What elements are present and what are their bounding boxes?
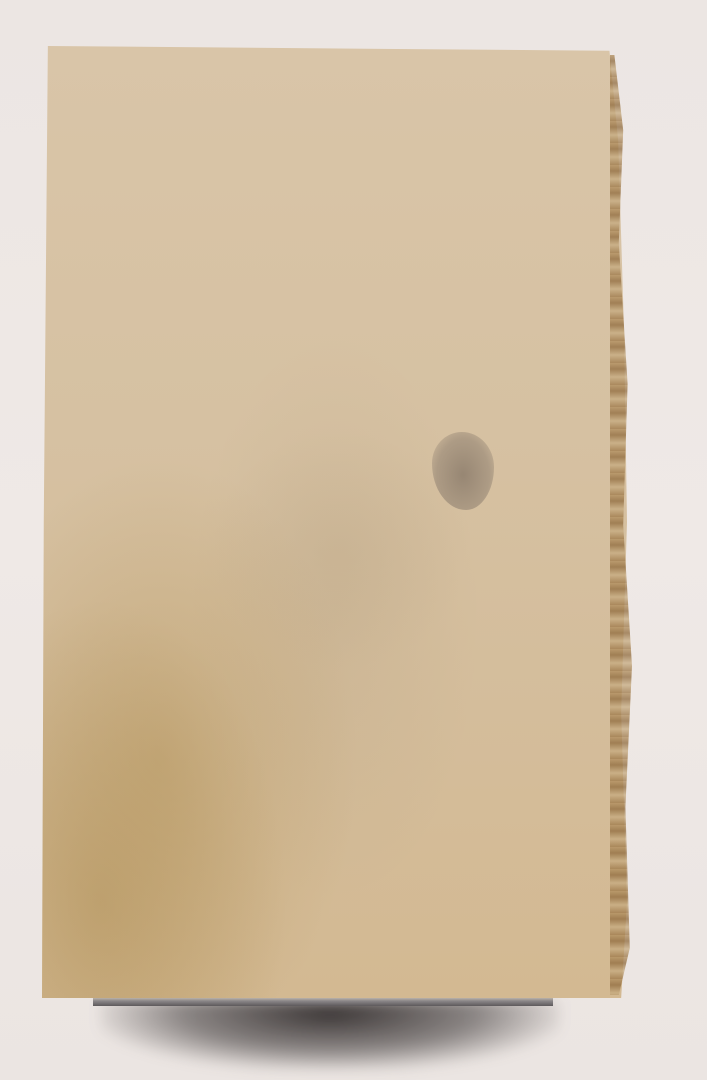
torn-page-edge <box>610 55 632 995</box>
bleed-through-text <box>128 130 548 142</box>
stand-shadow <box>100 1000 560 1070</box>
